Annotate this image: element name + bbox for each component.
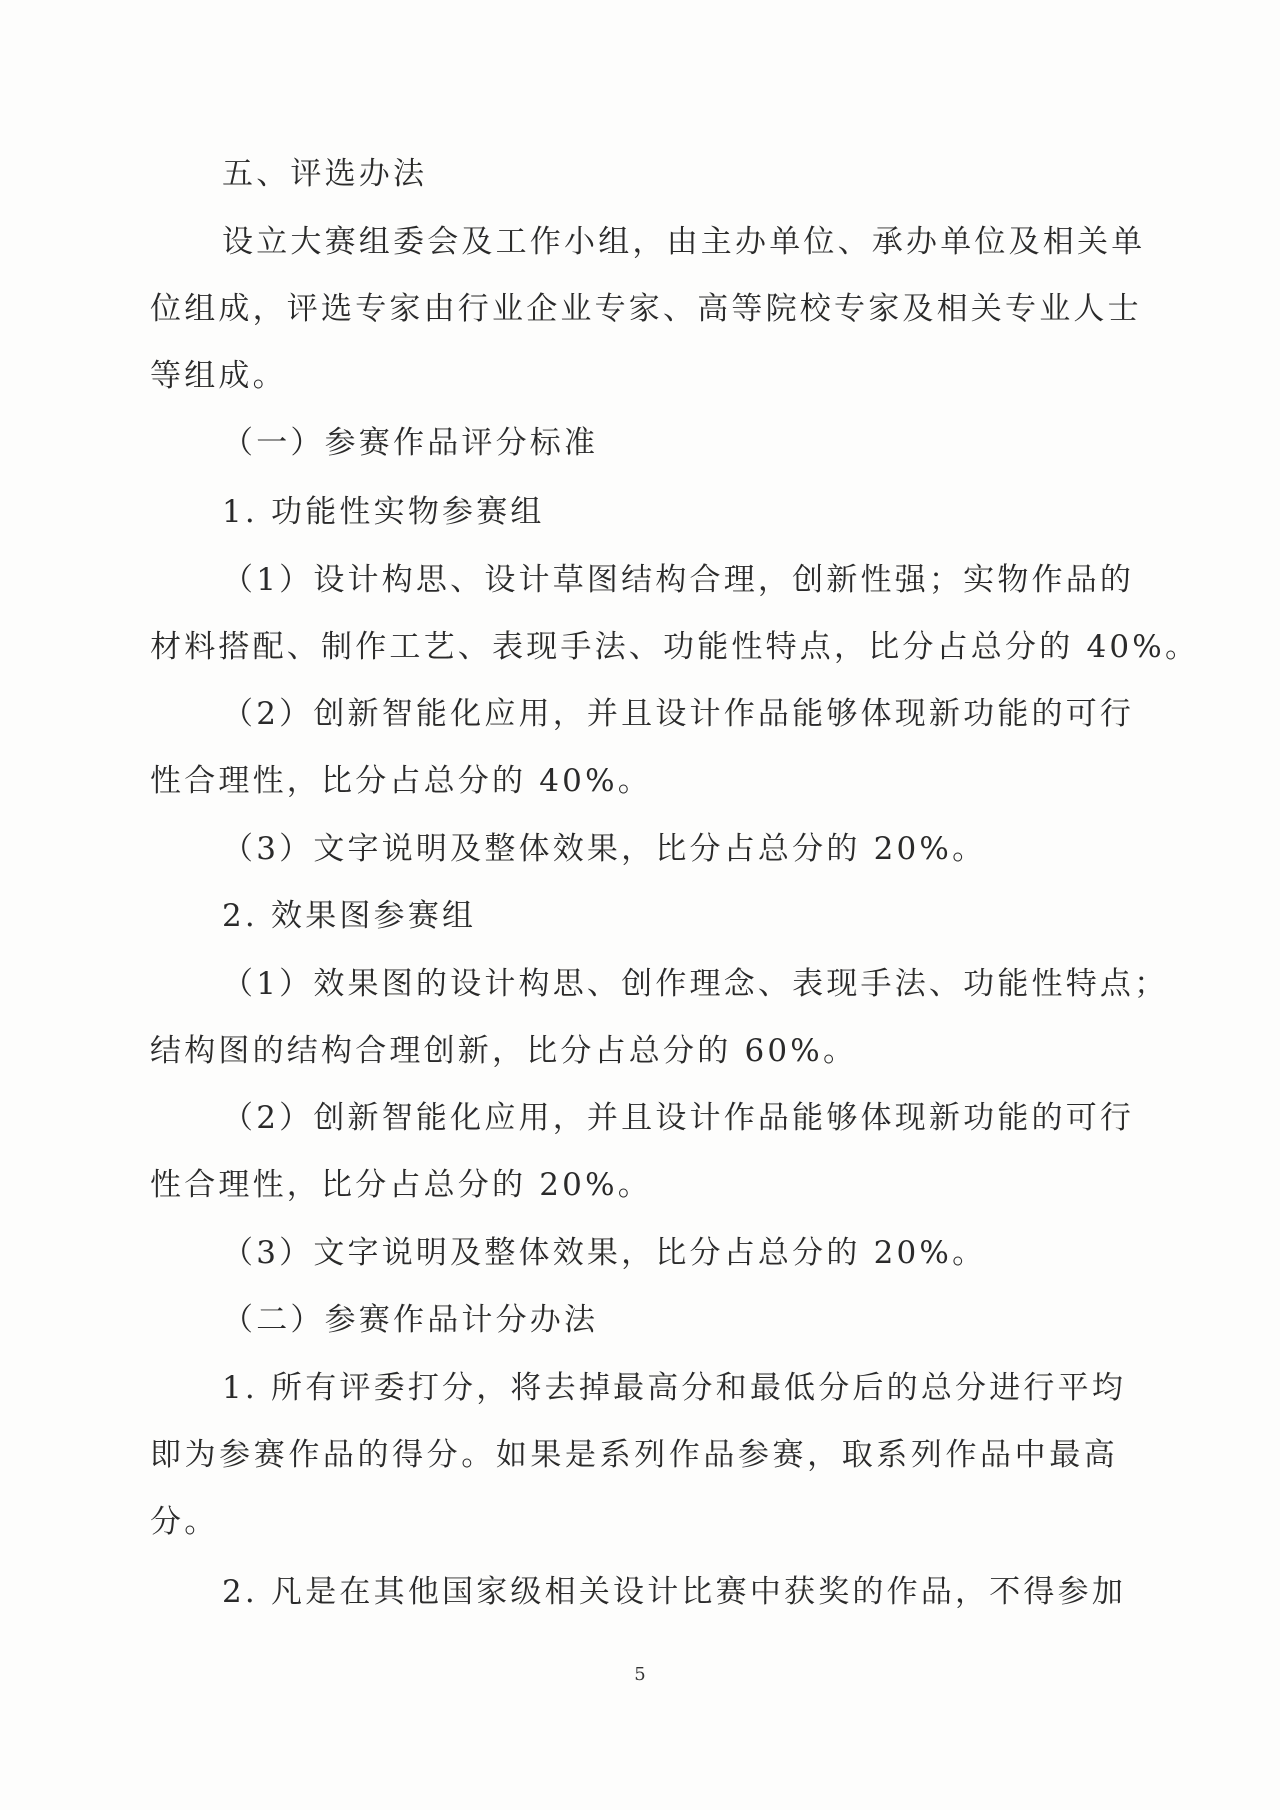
page-number: 5 — [0, 1664, 1280, 1685]
text-line: （二）参赛作品计分办法 — [222, 1300, 1118, 1340]
text-line: 1. 所有评委打分，将去掉最高分和最低分后的总分进行平均 — [222, 1368, 1118, 1408]
text-line: 材料搭配、制作工艺、表现手法、功能性特点，比分占总分的 40%。 — [150, 627, 1118, 667]
text-line: （2）创新智能化应用，并且设计作品能够体现新功能的可行 — [222, 694, 1118, 734]
text-line: （一）参赛作品评分标准 — [222, 423, 1118, 463]
text-line: （3）文字说明及整体效果，比分占总分的 20%。 — [222, 1233, 1118, 1273]
text-line: （3）文字说明及整体效果，比分占总分的 20%。 — [222, 829, 1118, 869]
text-line: 即为参赛作品的得分。如果是系列作品参赛，取系列作品中最高 — [150, 1435, 1118, 1475]
text-line: 五、评选办法 — [222, 154, 1118, 194]
text-line: 位组成，评选专家由行业企业专家、高等院校专家及相关专业人士 — [150, 289, 1118, 329]
text-line: 2. 效果图参赛组 — [222, 896, 1118, 936]
text-line: 设立大赛组委会及工作小组，由主办单位、承办单位及相关单 — [222, 222, 1118, 262]
text-line: 1. 功能性实物参赛组 — [222, 492, 1118, 532]
text-line: 2. 凡是在其他国家级相关设计比赛中获奖的作品，不得参加 — [222, 1572, 1118, 1612]
text-line: 等组成。 — [150, 356, 1118, 396]
document-page: 五、评选办法设立大赛组委会及工作小组，由主办单位、承办单位及相关单位组成，评选专… — [0, 0, 1280, 1810]
text-line: （1）设计构思、设计草图结构合理，创新性强；实物作品的 — [222, 560, 1118, 600]
text-line: 性合理性，比分占总分的 40%。 — [150, 761, 1118, 801]
text-line: （2）创新智能化应用，并且设计作品能够体现新功能的可行 — [222, 1098, 1118, 1138]
text-line: （1）效果图的设计构思、创作理念、表现手法、功能性特点； — [222, 964, 1118, 1004]
text-line: 性合理性，比分占总分的 20%。 — [150, 1165, 1118, 1205]
text-line: 分。 — [150, 1502, 1118, 1542]
text-line: 结构图的结构合理创新，比分占总分的 60%。 — [150, 1031, 1118, 1071]
